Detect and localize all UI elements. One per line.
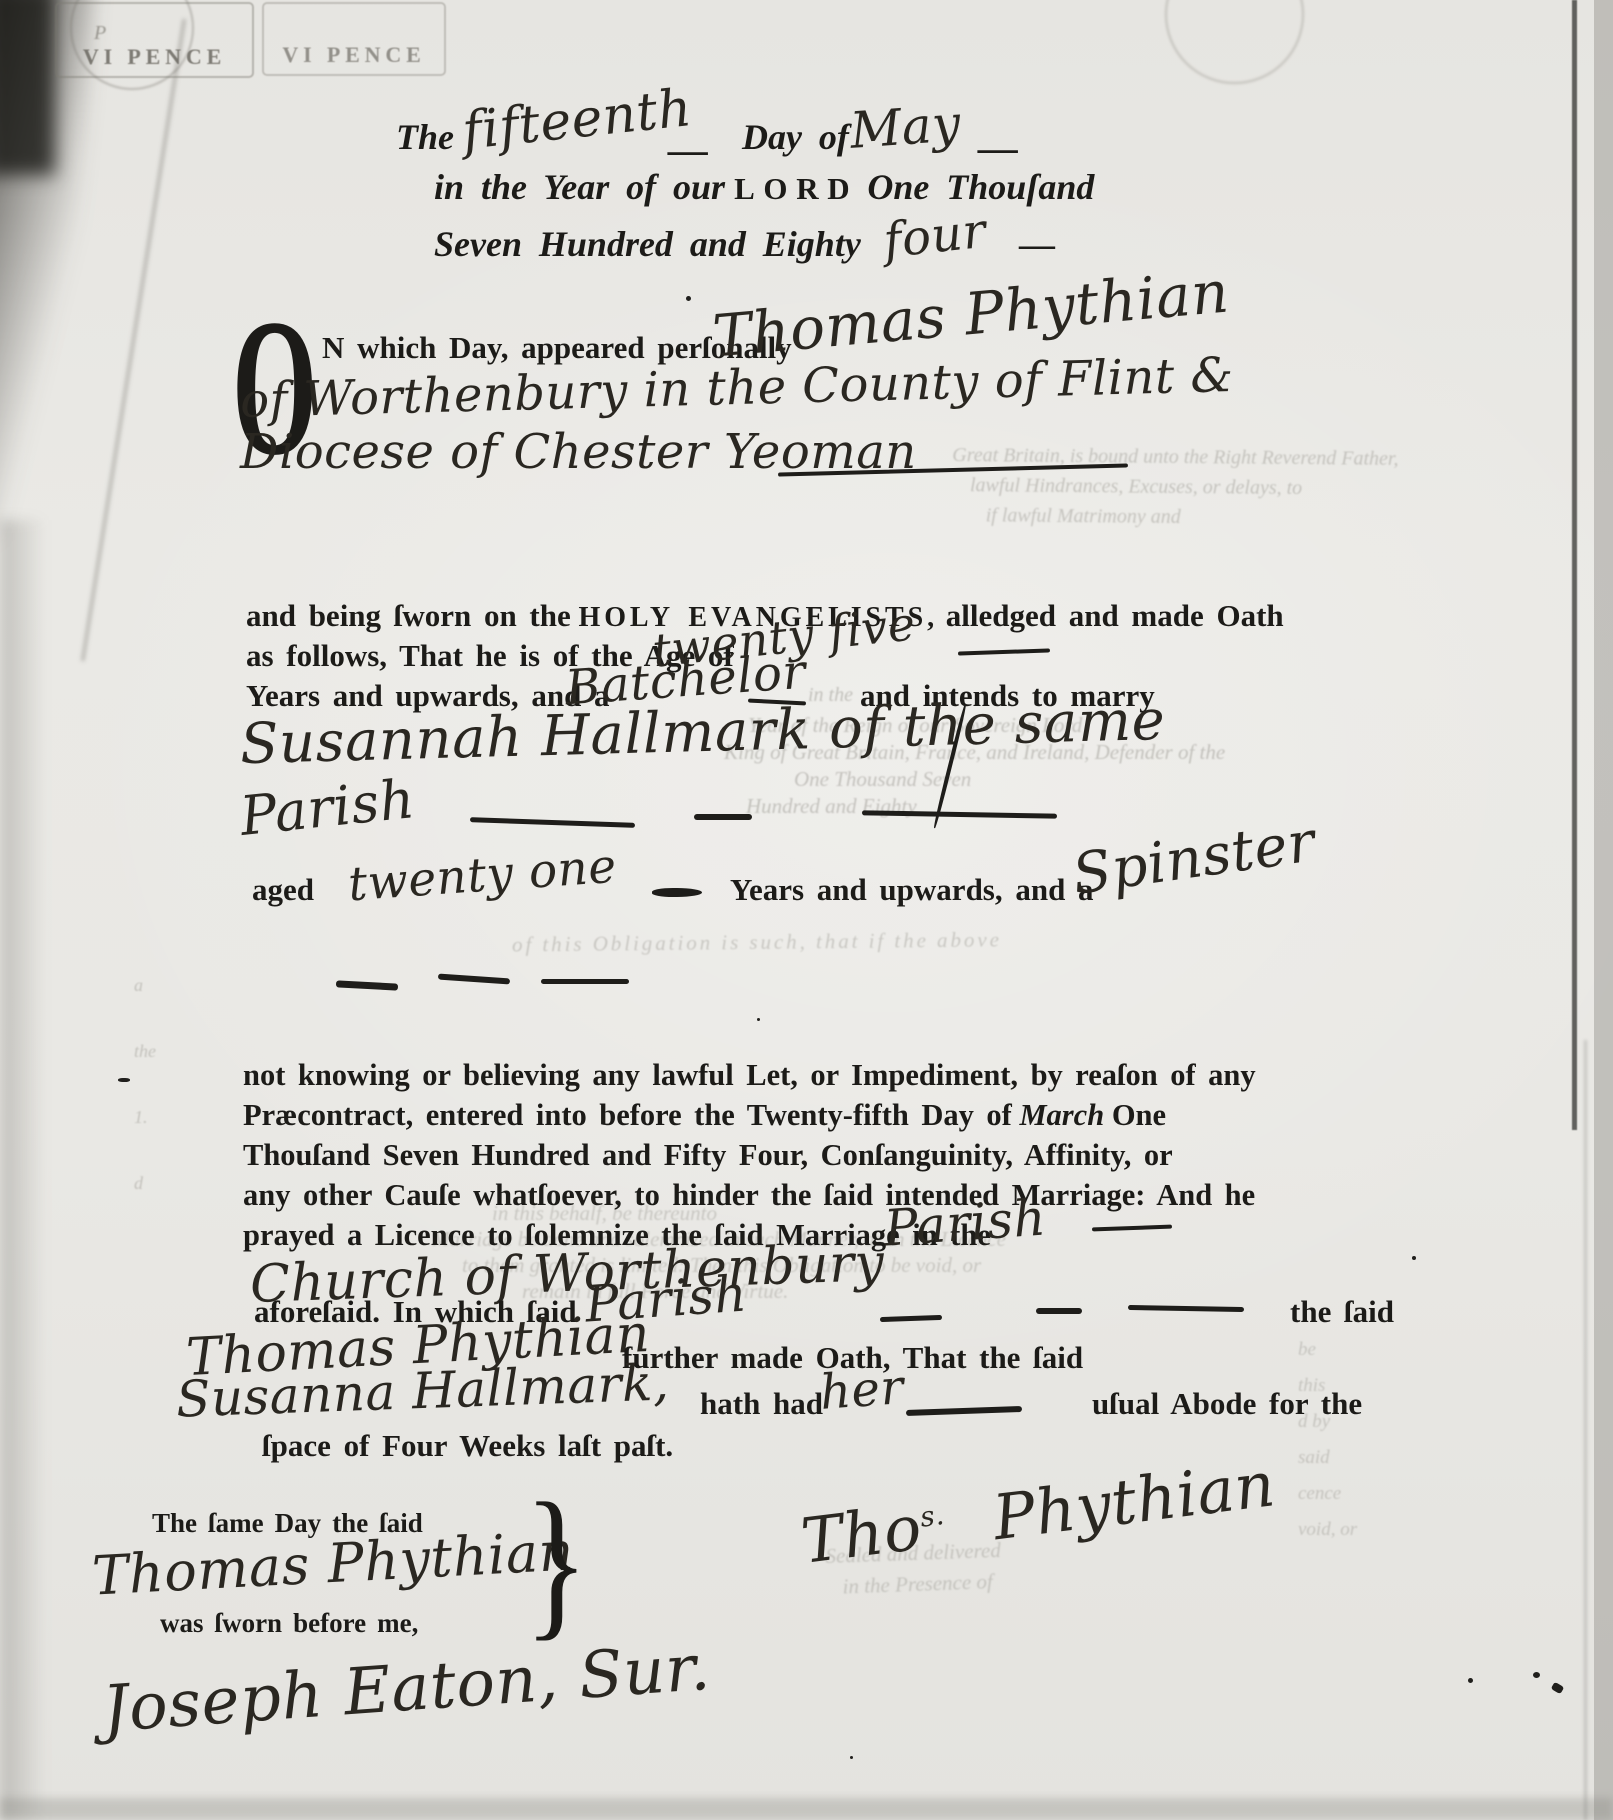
printed-hath-had: hath had: [700, 1386, 823, 1422]
embossed-stamp-sixpence-1: VI PENCE: [55, 2, 254, 78]
ghost-line: One Thousand Seven: [794, 766, 1225, 793]
torn-edge-dark-corner: [0, 0, 55, 175]
ink-speck: [1551, 1682, 1565, 1694]
printed-the-said: the ſaid: [1290, 1294, 1394, 1330]
signature-groom-superscript: s.: [918, 1498, 946, 1534]
bleedthrough-obligation-line: of this Obligation is such, that if the …: [512, 927, 1002, 957]
page-edge-crease-right-lower: [1584, 1040, 1587, 1820]
printed-year-line-2: Seven Hundred and Eighty four —: [434, 212, 1055, 268]
ghost-fragment: a: [134, 952, 156, 1018]
dash-after-month: —: [978, 124, 1018, 171]
ink-dash: [1128, 1305, 1244, 1312]
ink-speck: [686, 296, 691, 301]
handwritten-bride-age: twenty one: [346, 839, 618, 913]
stamp-text: VI PENCE: [83, 44, 226, 70]
ink-speck: [118, 1078, 130, 1082]
left-edge-shade: [0, 520, 45, 1820]
ink-dash: [958, 648, 1050, 655]
ghost-fragment: 1.: [134, 1084, 156, 1150]
year-line-text-a: in the Year of our: [434, 167, 725, 207]
handwritten-bride-parish: Parish: [237, 767, 418, 848]
ghost-fragment: void, or: [1298, 1512, 1357, 1548]
handwritten-day-fifteenth: fifteenth: [459, 78, 694, 162]
paragraph-line-3: Thouſand Seven Hundred and Fifty Four, C…: [243, 1138, 1173, 1173]
printed-year-line: in the Year of our LORD One Thouſand: [434, 166, 1094, 208]
ink-speck: [757, 1018, 760, 1021]
ink-dash: [906, 1406, 1022, 1416]
ink-dash: [1092, 1225, 1172, 1232]
ghost-fragment: d: [134, 1150, 156, 1216]
ghost-line: lawful Hindrances, Excuses, or delays, t…: [970, 470, 1398, 504]
paragraph-line-2: Præcontract, entered into before the Twe…: [243, 1098, 1166, 1133]
handwritten-spinster: Spinster: [1069, 809, 1320, 907]
ink-dash: [880, 1315, 942, 1322]
word-lord: LORD: [734, 171, 858, 206]
attestation-brace: }: [524, 1478, 589, 1646]
paragraph-line-2a: Præcontract, entered into before the Twe…: [243, 1098, 1012, 1132]
paragraph-line-2b: One: [1112, 1098, 1166, 1132]
printed-word-the: The: [396, 116, 454, 158]
handwritten-parish-1: Parish: [882, 1188, 1048, 1257]
ghost-line: if lawful Matrimony and: [986, 500, 1398, 534]
stamp-circle-mark-right: [1165, 0, 1304, 84]
oath-line1-a: and being ſworn on the: [246, 598, 571, 633]
ghost-fragment: said: [1298, 1440, 1357, 1476]
right-margin-shade: [1594, 0, 1613, 1820]
stamp-text: VI PENCE: [282, 42, 425, 68]
bottom-edge-shade: [0, 1798, 1613, 1820]
ink-speck: [1468, 1678, 1473, 1683]
ink-dash-arrow: [652, 888, 702, 897]
printed-four-weeks: ſpace of Four Weeks laſt paſt.: [262, 1428, 673, 1464]
ghost-fragment: cence: [1298, 1476, 1357, 1512]
ink-speck: [1533, 1672, 1540, 1678]
word-march-italic: March: [1019, 1098, 1104, 1132]
signature-groom-surname: Phythian: [989, 1447, 1279, 1554]
page-edge-line-right: [1572, 0, 1577, 1130]
embossed-stamp-sixpence-2: VI PENCE: [262, 2, 446, 76]
ink-dash: [438, 973, 510, 984]
bleedthrough-left-margin-column: a the 1. d: [134, 952, 156, 1216]
bleedthrough-right-margin-column: be this d by said cence void, or: [1298, 1332, 1357, 1548]
year-line2-text: Seven Hundred and Eighty: [434, 224, 861, 264]
ghost-fragment: be: [1298, 1332, 1357, 1368]
ink-dash: [694, 814, 752, 820]
ink-dash: [470, 817, 635, 828]
handwritten-year-four: four: [881, 203, 989, 269]
year-line-text-b: One Thouſand: [867, 167, 1094, 207]
oath-line1-c: alledged and made Oath: [946, 598, 1284, 633]
ink-dash: [541, 979, 629, 984]
ghost-line: in the Presence of: [842, 1566, 1002, 1603]
handwritten-month-may: May: [848, 94, 963, 160]
signature-groom: Thos. Phythian: [797, 1447, 1279, 1578]
dash-after-year: —: [1019, 224, 1055, 264]
stamp-letter-p: P: [94, 22, 106, 45]
ink-speck: [1412, 1256, 1416, 1260]
ghost-fragment: the: [134, 1018, 156, 1084]
signature-surrogate: Joseph Eaton, Sur.: [100, 1631, 713, 1747]
signature-groom-tho: Tho: [797, 1491, 925, 1578]
paragraph-line-1: not knowing or believing any lawful Let,…: [243, 1058, 1256, 1093]
printed-years-upwards-bride: Years and upwards, and a: [730, 872, 1094, 908]
ink-dash: [336, 980, 398, 990]
ink-speck: [850, 1756, 853, 1759]
ink-dash: [1036, 1308, 1082, 1314]
handwritten-her: her: [818, 1359, 905, 1421]
scanned-marriage-allegation-document: VI PENCE VI PENCE P Great Britain, is bo…: [0, 0, 1613, 1820]
paragraph-line-4: any other Cauſe whatſoever, to hinder th…: [243, 1178, 1255, 1213]
printed-usual-abode: uſual Abode for the: [1092, 1386, 1362, 1422]
attestation-line-2: was ſworn before me,: [160, 1608, 418, 1639]
printed-day-of: Day of: [742, 116, 849, 158]
crease-line-left: [81, 19, 186, 661]
printed-aged: aged: [252, 872, 314, 908]
bleedthrough-bond-block: Great Britain, is bound unto the Right R…: [952, 440, 1399, 534]
torn-edge-shadow-top-left: [0, 0, 95, 543]
